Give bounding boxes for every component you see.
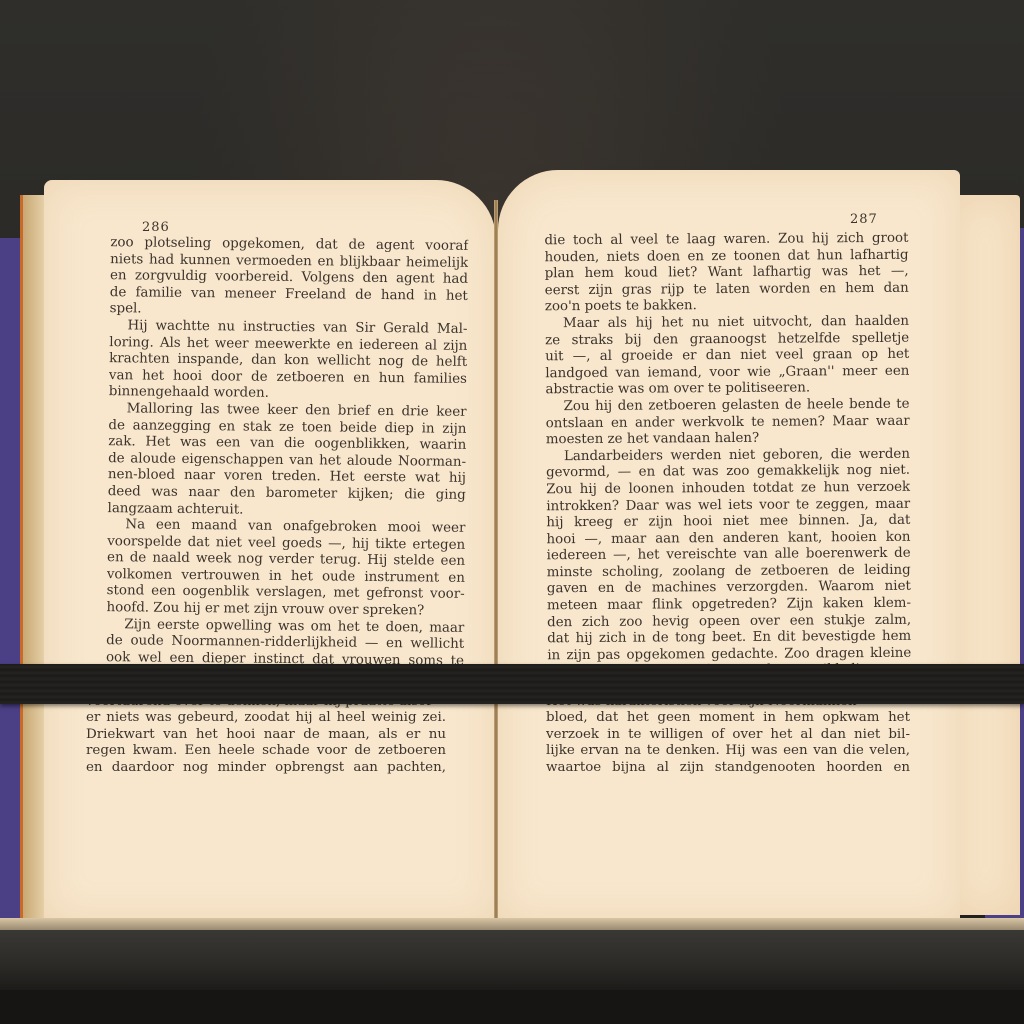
right-page-text-bottom: bloed, dat het geen moment in hem opkwam… — [546, 710, 910, 776]
book-gutter — [494, 200, 498, 922]
text-line: er niets was gebeurd, zoodat hij al heel… — [86, 710, 446, 727]
left-page-text-top: zoo plotseling opgekomen, dat de agent v… — [106, 235, 469, 703]
text-line: regen kwam. Een heele schade voor de zet… — [86, 743, 446, 760]
text-line: hij kreeg er zijn hooi niet mee binnen. … — [546, 513, 910, 532]
right-page-text-top: die toch al veel te laag waren. Zou hij … — [544, 231, 911, 698]
text-line: verzoek in te willigen of over het al da… — [546, 727, 910, 744]
text-line: Driekwart van het hooi naar de maan, als… — [86, 727, 446, 744]
table-shadow — [0, 990, 1024, 1024]
text-line: en daardoor nog minder opbrengst aan pac… — [86, 760, 446, 777]
text-line: Maar als hij het nu niet uitvocht, dan h… — [545, 314, 909, 333]
text-line: Zou hij de loonen inhouden totdat ze hun… — [546, 480, 910, 499]
elastic-band — [0, 664, 1024, 704]
text-line: die toch al veel te laag waren. Zou hij … — [544, 231, 908, 250]
text-line: meteen maar flink opgetreden? Zijn kaken… — [547, 596, 911, 615]
right-page-underlay — [950, 195, 1020, 915]
text-line: eerst zijn gras rijp te laten worden en … — [545, 281, 909, 300]
text-line: ontslaan en ander werkvolk te nemen? Maa… — [546, 413, 910, 432]
text-line: waartoe bijna al zijn standgenooten hoor… — [546, 760, 910, 777]
text-line: lijke ervan na te denken. Hij was een va… — [546, 743, 910, 760]
right-page-number: 287 — [850, 212, 878, 227]
left-page-number: 286 — [142, 220, 170, 235]
text-line: bloed, dat het geen moment in hem opkwam… — [546, 710, 910, 727]
left-page-text-bottom: er niets was gebeurd, zoodat hij al heel… — [86, 710, 446, 776]
table-front-edge — [0, 930, 1024, 990]
text-line: landgoed van iemand, voor wie „Graan'' m… — [545, 363, 909, 382]
text-line: Zou hij den zetboeren gelasten de heele … — [546, 397, 910, 416]
